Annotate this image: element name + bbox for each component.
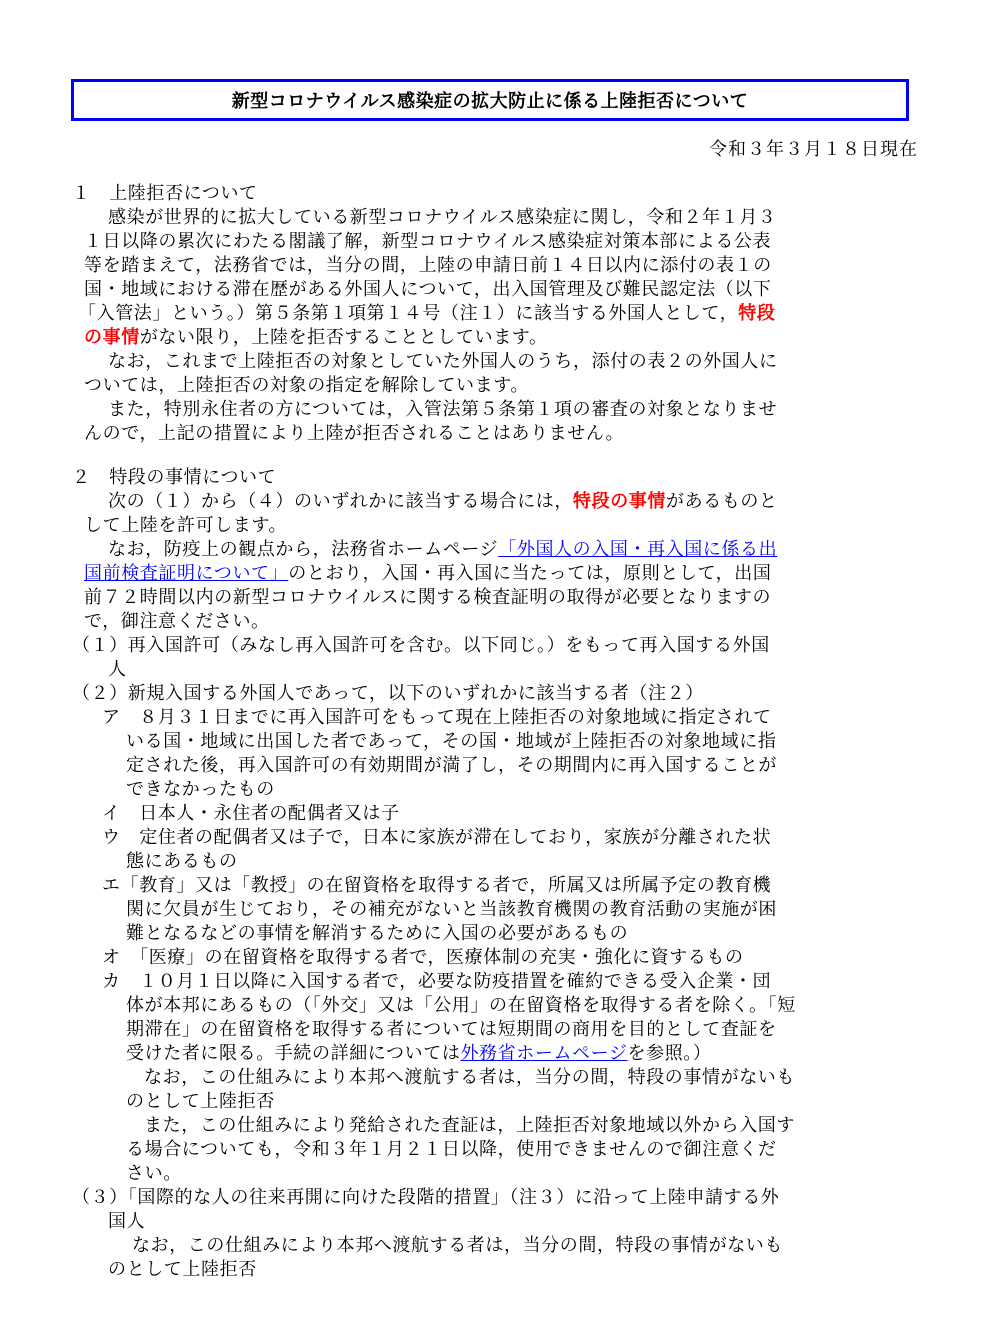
item2-u-line: 態にあるもの (126, 850, 238, 874)
item2-ka-text: 受けた者に限る。手続の詳細については (126, 1043, 460, 1064)
special-circumstances-emphasis: 特段 (738, 303, 775, 324)
item2-e-line: 難となるなどの事情を解消するために入国の必要があるもの (126, 922, 628, 946)
item2-a-line: 定された後，再入国許可の有効期間が満了し，その期間内に再入国することが (126, 754, 777, 778)
special-circumstances-emphasis: 特段の事情 (573, 491, 666, 512)
item3-line: 国人 (108, 1210, 145, 1234)
item2-a-line: いる国・地域に出国した者であって，その国・地域が上陸拒否の対象地域に指 (126, 730, 776, 754)
section2-p1-line: して上陸を許可します。 (84, 514, 287, 538)
item2-o-line: オ 「医療」の在留資格を取得する者で，医療体制の充実・強化に資するもの (102, 946, 744, 970)
mofa-homepage-link[interactable]: 外務省ホームページ (460, 1043, 627, 1064)
section2-p2-line: で，御注意ください。 (84, 610, 270, 634)
item2-ka-note-line: さい。 (126, 1162, 182, 1186)
item3-note-line: なお，この仕組みにより本邦へ渡航する者は，当分の間，特段の事情がないも (132, 1234, 783, 1258)
item2-e-line: 関に欠員が生じており，その補充がないと当該教育機関の教育活動の実施が困 (126, 898, 777, 922)
section1-heading: １ 上陸拒否について (72, 182, 258, 206)
title-box: 新型コロナウイルス感染症の拡大防止に係る上陸拒否について (71, 79, 909, 121)
as-of-date: 令和３年３月１８日現在 (709, 135, 918, 161)
pre-departure-test-link[interactable]: 国前検査証明について」 (84, 563, 288, 584)
item2-line: （２）新規入国する外国人であって，以下のいずれかに該当する者（注２） (72, 682, 704, 706)
section1-p1-line: 国・地域における滞在歴がある外国人について，出入国管理及び難民認定法（以下 (84, 278, 771, 302)
item2-ka-text: を参照。） (628, 1043, 712, 1064)
section2-p2-line: なお，防疫上の観点から，法務省ホームページ「外国人の入国・再入国に係る出 (108, 538, 777, 562)
section2-p1-line: 次の（１）から（４）のいずれかに該当する場合には，特段の事情があるものと (108, 490, 778, 514)
section2-p2-text: のとおり，入国・再入国に当たっては，原則として，出国 (288, 563, 771, 584)
item1-line: 人 (108, 658, 127, 682)
item2-ka-note-line: のとして上陸拒否 (126, 1090, 275, 1114)
section1-p2-line: なお，これまで上陸拒否の対象としていた外国人のうち，添付の表２の外国人に (108, 350, 778, 374)
section1-p1-text: がない限り，上陸を拒否することとしています。 (140, 327, 548, 348)
section2-p2-line: 国前検査証明について」のとおり，入国・再入国に当たっては，原則として，出国 (84, 562, 772, 586)
section2-p2-text: なお，防疫上の観点から，法務省ホームページ (108, 539, 498, 560)
section1-p1-line: 等を踏まえて，法務省では，当分の間，上陸の申請日前１４日以内に添付の表１の (84, 254, 772, 278)
section1-p3-line: また，特別永住者の方については，入管法第５条第１項の審査の対象となりませ (108, 398, 777, 422)
section2-heading: ２ 特段の事情について (72, 466, 276, 490)
item2-ka-line: 受けた者に限る。手続の詳細については外務省ホームページを参照。） (126, 1042, 712, 1066)
item2-a-line: できなかったもの (126, 778, 275, 802)
item2-i-line: イ 日本人・永住者の配偶者又は子 (102, 802, 400, 826)
document-title: 新型コロナウイルス感染症の拡大防止に係る上陸拒否について (232, 87, 749, 113)
section1-p1-line: の事情がない限り，上陸を拒否することとしています。 (84, 326, 548, 350)
pre-departure-test-link[interactable]: 「外国人の入国・再入国に係る出 (498, 539, 777, 560)
section2-p1-text: 次の（１）から（４）のいずれかに該当する場合には， (108, 491, 573, 512)
item2-e-line: エ「教育」又は「教授」の在留資格を取得する者で，所属又は所属予定の教育機 (102, 874, 771, 898)
item2-ka-note-line: なお，この仕組みにより本邦へ渡航する者は，当分の間，特段の事情がないも (144, 1066, 795, 1090)
section1-p1-line: 「入管法」という。）第５条第１項第１４号（注１）に該当する外国人として，特段 (78, 302, 775, 326)
section1-p1-line: 感染が世界的に拡大している新型コロナウイルス感染症に関し，令和２年１月３ (108, 206, 777, 230)
item2-u-line: ウ 定住者の配偶者又は子で，日本に家族が滞在しており，家族が分離された状 (102, 826, 771, 850)
section2-p2-line: 前７２時間以内の新型コロナウイルスに関する検査証明の取得が必要となりますの (84, 586, 771, 610)
section1-p2-line: ついては，上陸拒否の対象の指定を解除しています。 (84, 374, 529, 398)
item2-ka-line: カ １０月１日以降に入国する者で，必要な防疫措置を確約できる受入企業・団 (102, 970, 771, 994)
section2-p1-text: があるものと (666, 491, 778, 512)
item3-note-line: のとして上陸拒否 (108, 1258, 257, 1282)
item2-ka-line: 期滞在」の在留資格を取得する者については短期間の商用を目的として査証を (126, 1018, 777, 1042)
item1-line: （１）再入国許可（みなし再入国許可を含む。以下同じ。）をもって再入国する外国 (72, 634, 770, 658)
section1-p1-line: １日以降の累次にわたる閣議了解，新型コロナウイルス感染症対策本部による公表 (84, 230, 771, 254)
section1-p1-text: 「入管法」という。）第５条第１項第１４号（注１）に該当する外国人として， (78, 303, 738, 324)
item2-a-line: ア ８月３１日までに再入国許可をもって現在上陸拒否の対象地域に指定されて (102, 706, 772, 730)
item2-ka-line: 体が本邦にあるもの（「外交」又は「公用」の在留資格を取得する者を除く。「短 (126, 994, 796, 1018)
document-page: 新型コロナウイルス感染症の拡大防止に係る上陸拒否について 令和３年３月１８日現在… (0, 0, 990, 1320)
special-circumstances-emphasis: の事情 (84, 327, 140, 348)
item3-line: （３）「国際的な人の往来再開に向けた段階的措置」（注３）に沿って上陸申請する外 (72, 1186, 779, 1210)
section1-p3-line: んので，上記の措置により上陸が拒否されることはありません。 (84, 422, 624, 446)
item2-ka-note-line: る場合についても，令和３年１月２１日以降，使用できませんので御注意くだ (126, 1138, 777, 1162)
item2-ka-note-line: また，この仕組みにより発給された査証は，上陸拒否対象地域以外から入国す (144, 1114, 795, 1138)
